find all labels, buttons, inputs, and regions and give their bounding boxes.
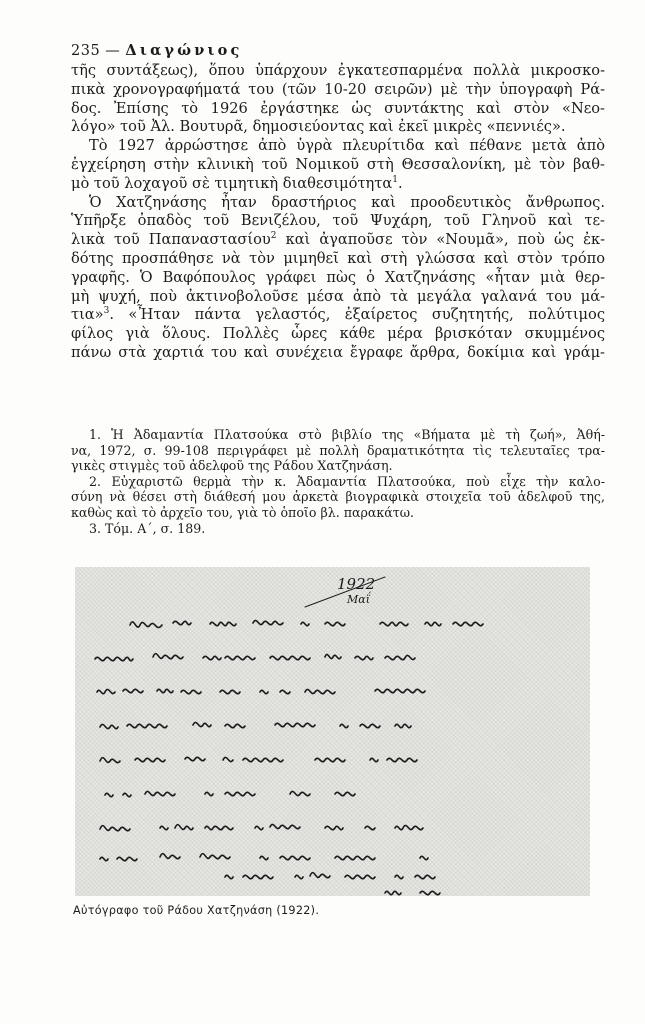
body-line: μὸ τοῦ λοχαγοῦ σὲ τιμητικὴ διαθεσιμότητα…	[71, 175, 605, 194]
body-line: λικὰ τοῦ Παπαναστασίου2 καὶ ἀγαποῦσε τὸν…	[71, 231, 605, 250]
handwritten-date: 1922	[337, 575, 375, 593]
page-number: 235	[71, 43, 100, 59]
autograph-image: 1922 Μαΐ	[75, 567, 590, 896]
footnote-2: 2. Εὐχαριστῶ θερμὰ τὴν κ. Ἀδαμαντία Πλατ…	[71, 474, 605, 490]
footnote-ref-1: 1	[392, 175, 398, 185]
body-line: φίλος γιὰ ὅλους. Πολλὲς ὧρες κάθε μέρα β…	[71, 325, 605, 344]
body-text: τῆς συντάξεως), ὅπου ὑπάρχουν ἐγκατεσπαρ…	[71, 62, 605, 363]
body-line-text: τια»	[71, 306, 104, 323]
body-line: τια»3. «Ἦταν πάντα γελαστός, ἐξαίρετος σ…	[71, 306, 605, 325]
footnote-line: καθὼς καὶ τὸ ἀρχεῖο του, γιὰ τὸ ὁποῖο βλ…	[71, 505, 605, 521]
body-line: γραφῆς. Ὁ Βαφόπουλος γράφει πὼς ὁ Χατζην…	[71, 269, 605, 288]
body-line: δότης προσπάθησε νὰ τὸν μιμηθεῖ καὶ στὴ …	[71, 250, 605, 269]
footnotes: 1. Ἡ Ἀδαμαντία Πλατσούκα στὸ βιβλίο της …	[71, 427, 605, 536]
body-line: Ὑπῆρξε ὀπαδὸς τοῦ Βενιζέλου, τοῦ Ψυχάρη,…	[71, 212, 605, 231]
body-line: μὴ ψυχή, ποὺ ἀκτινοβολοῦσε μέσα ἀπὸ τὰ μ…	[71, 288, 605, 307]
header-dash: —	[105, 43, 120, 59]
footnote-line: γικὲς στιγμὲς τοῦ ἀδελφοῦ της Ράδου Χατζ…	[71, 458, 605, 474]
body-line-text: . «Ἦταν πάντα γελαστός, ἐξαίρετος συζητη…	[109, 306, 605, 323]
body-line: πάνω στὰ χαρτιά του καὶ συνέχεια ἔγραφε …	[71, 344, 605, 363]
journal-title: Διαγώνιος	[125, 42, 242, 59]
footnote-3: 3. Τόμ. Α΄, σ. 189.	[71, 521, 605, 537]
footnote-line: σύνη νὰ θέσει στὴ διάθεσή μου ἀρκετὰ βιο…	[71, 489, 605, 505]
body-line: τῆς συντάξεως), ὅπου ὑπάρχουν ἐγκατεσπαρ…	[71, 62, 605, 81]
body-line: δος. Ἐπίσης τὸ 1926 ἐργάστηκε ὡς συντάκτ…	[71, 100, 605, 119]
body-line: λόγο» τοῦ Ἀλ. Βουτυρᾶ, δημοσιεύοντας καὶ…	[71, 118, 605, 137]
figure-caption: Αὐτόγραφο τοῦ Ράδου Χατζηνάση (1922).	[73, 904, 319, 917]
body-line-text: μὸ τοῦ λοχαγοῦ σὲ τιμητικὴ διαθεσιμότητα	[71, 175, 392, 192]
handwriting-scribbles: 1922 Μαΐ	[75, 567, 590, 896]
body-line: Ὁ Χατζηνάσης ἦταν δραστήριος καὶ προοδευ…	[71, 194, 605, 213]
body-line: ἐγχείρηση στὴν κλινικὴ τοῦ Νομικοῦ στὴ Θ…	[71, 156, 605, 175]
running-head: 235 — Διαγώνιος	[71, 42, 243, 59]
footnote-line: να, 1972, σ. 99-108 περιγράφει μὲ πολλὴ …	[71, 443, 605, 459]
body-line: πικὰ χρονογραφήματά του (τῶν 10-20 σειρῶ…	[71, 81, 605, 100]
handwritten-month: Μαΐ	[346, 591, 372, 606]
body-line-text: καὶ ἀγαποῦσε τὸν «Νουμᾶ», ποὺ ὡς ἐκ-	[277, 231, 605, 248]
footnote-1: 1. Ἡ Ἀδαμαντία Πλατσούκα στὸ βιβλίο της …	[71, 427, 605, 443]
body-line: Τὸ 1927 ἀρρώστησε ἀπὸ ὑγρὰ πλευρίτιδα κα…	[71, 137, 605, 156]
body-line-text: λικὰ τοῦ Παπαναστασίου	[71, 231, 271, 248]
